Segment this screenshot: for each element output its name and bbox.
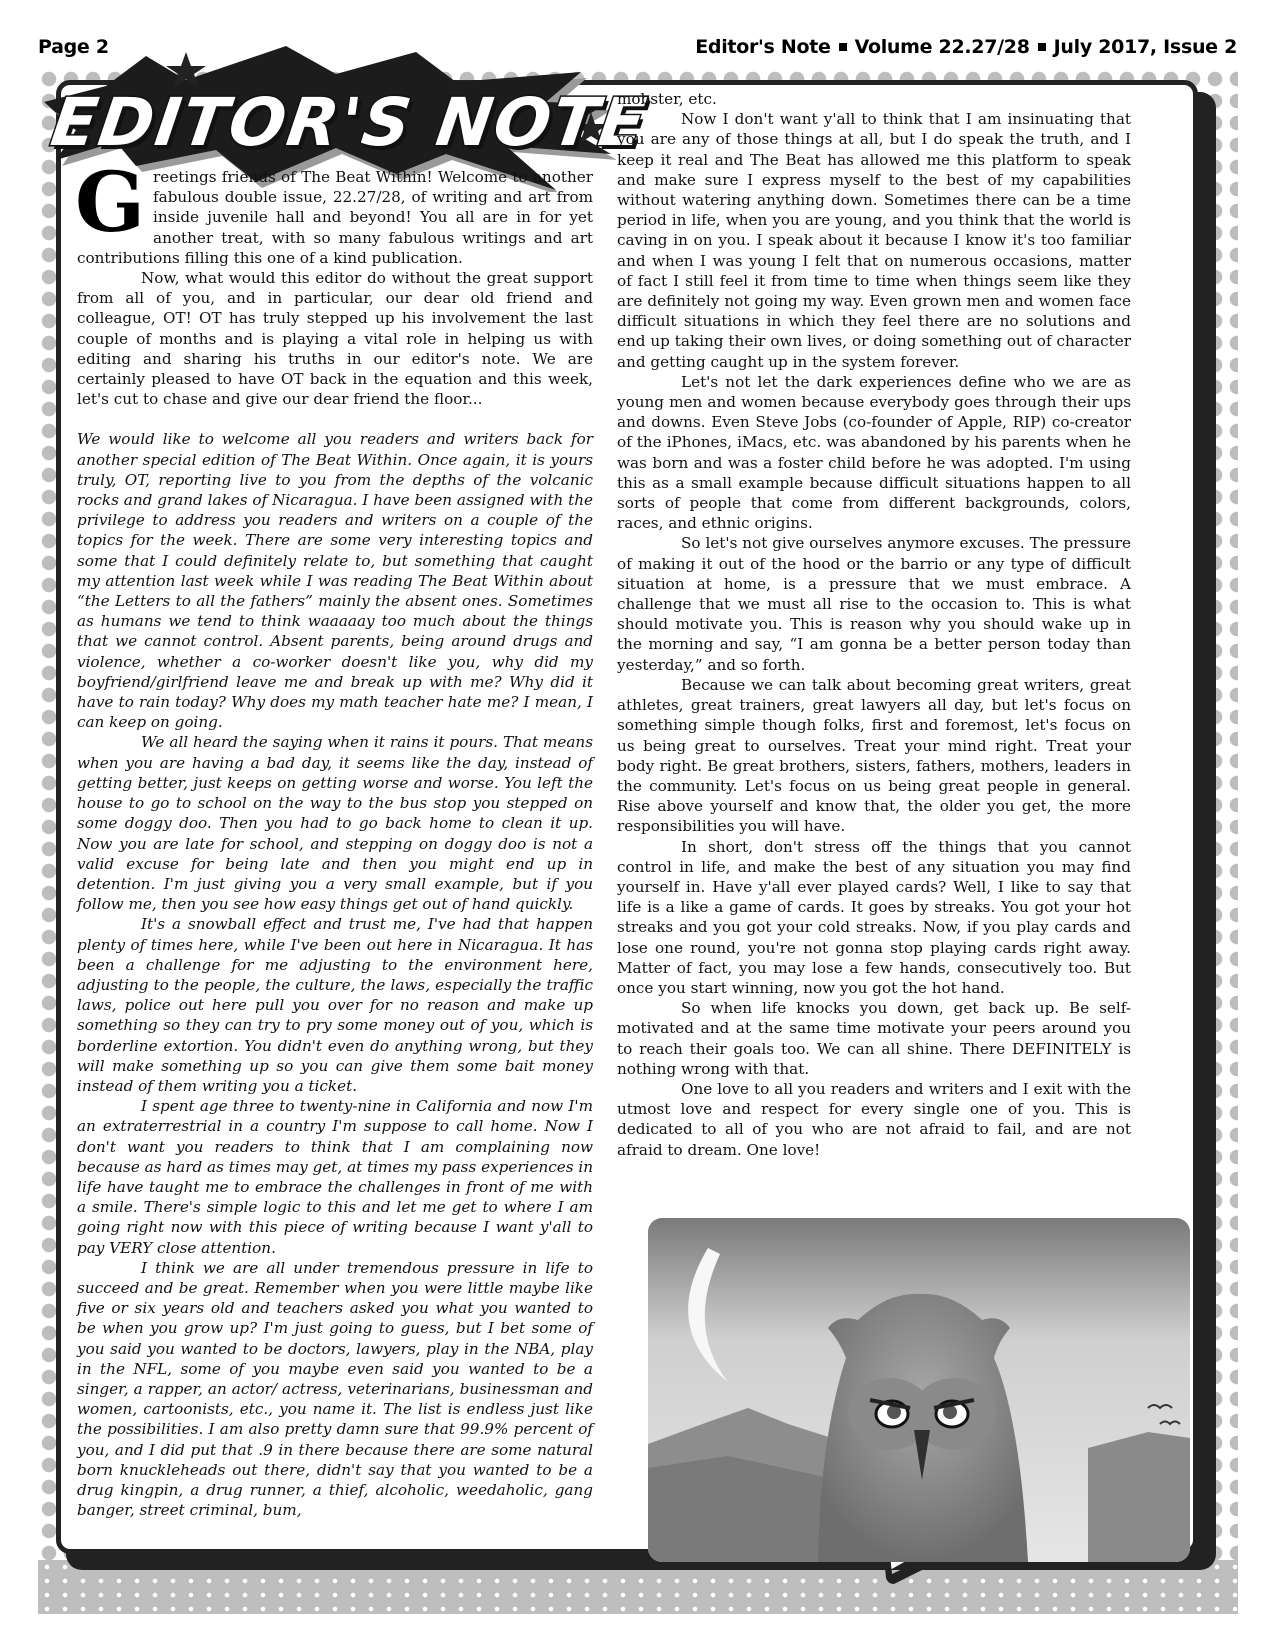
letter-paragraph: So let's not give ourselves anymore excu…: [617, 533, 1131, 674]
square-bullet-icon: [1038, 43, 1046, 51]
ot-letter-part-1: We would like to welcome all you readers…: [77, 429, 593, 1520]
letter-paragraph: So when life knocks you down, get back u…: [617, 998, 1131, 1079]
left-column: Greetings friends of The Beat Within! We…: [77, 167, 593, 1520]
letter-paragraph: In short, don't stress off the things th…: [617, 837, 1131, 999]
intro-paragraph-1: reetings friends of The Beat Within! Wel…: [77, 168, 593, 267]
letter-paragraph: I think we are all under tremendous pres…: [77, 1258, 593, 1521]
drop-cap: G: [75, 171, 145, 235]
right-column: mobster, etc. Now I don't want y'all to …: [617, 89, 1131, 1160]
volume-label: Volume 22.27/28: [855, 36, 1030, 58]
letter-paragraph: Let's not let the dark experiences defin…: [617, 372, 1131, 534]
letter-paragraph: Because we can talk about becoming great…: [617, 675, 1131, 837]
intro-paragraph-2: Now, what would this editor do without t…: [77, 268, 593, 409]
editor-intro: Greetings friends of The Beat Within! We…: [77, 167, 593, 409]
page-title: EDITOR'S NOTE: [47, 88, 617, 158]
running-header: Editor's NoteVolume 22.27/28July 2017, I…: [695, 36, 1237, 58]
letter-paragraph: We all heard the saying when it rains it…: [77, 732, 593, 914]
letter-paragraph: Now I don't want y'all to think that I a…: [617, 109, 1131, 372]
letter-paragraph: mobster, etc.: [617, 89, 1131, 109]
letter-paragraph: We would like to welcome all you readers…: [77, 429, 593, 732]
letter-paragraph: It's a snowball effect and trust me, I'v…: [77, 914, 593, 1096]
letter-paragraph: One love to all you readers and writers …: [617, 1079, 1131, 1160]
issue-label: July 2017, Issue 2: [1054, 36, 1237, 58]
square-bullet-icon: [839, 43, 847, 51]
section-name: Editor's Note: [695, 36, 830, 58]
letter-paragraph: I spent age three to twenty-nine in Cali…: [77, 1096, 593, 1258]
owl-illustration: [648, 1218, 1190, 1562]
